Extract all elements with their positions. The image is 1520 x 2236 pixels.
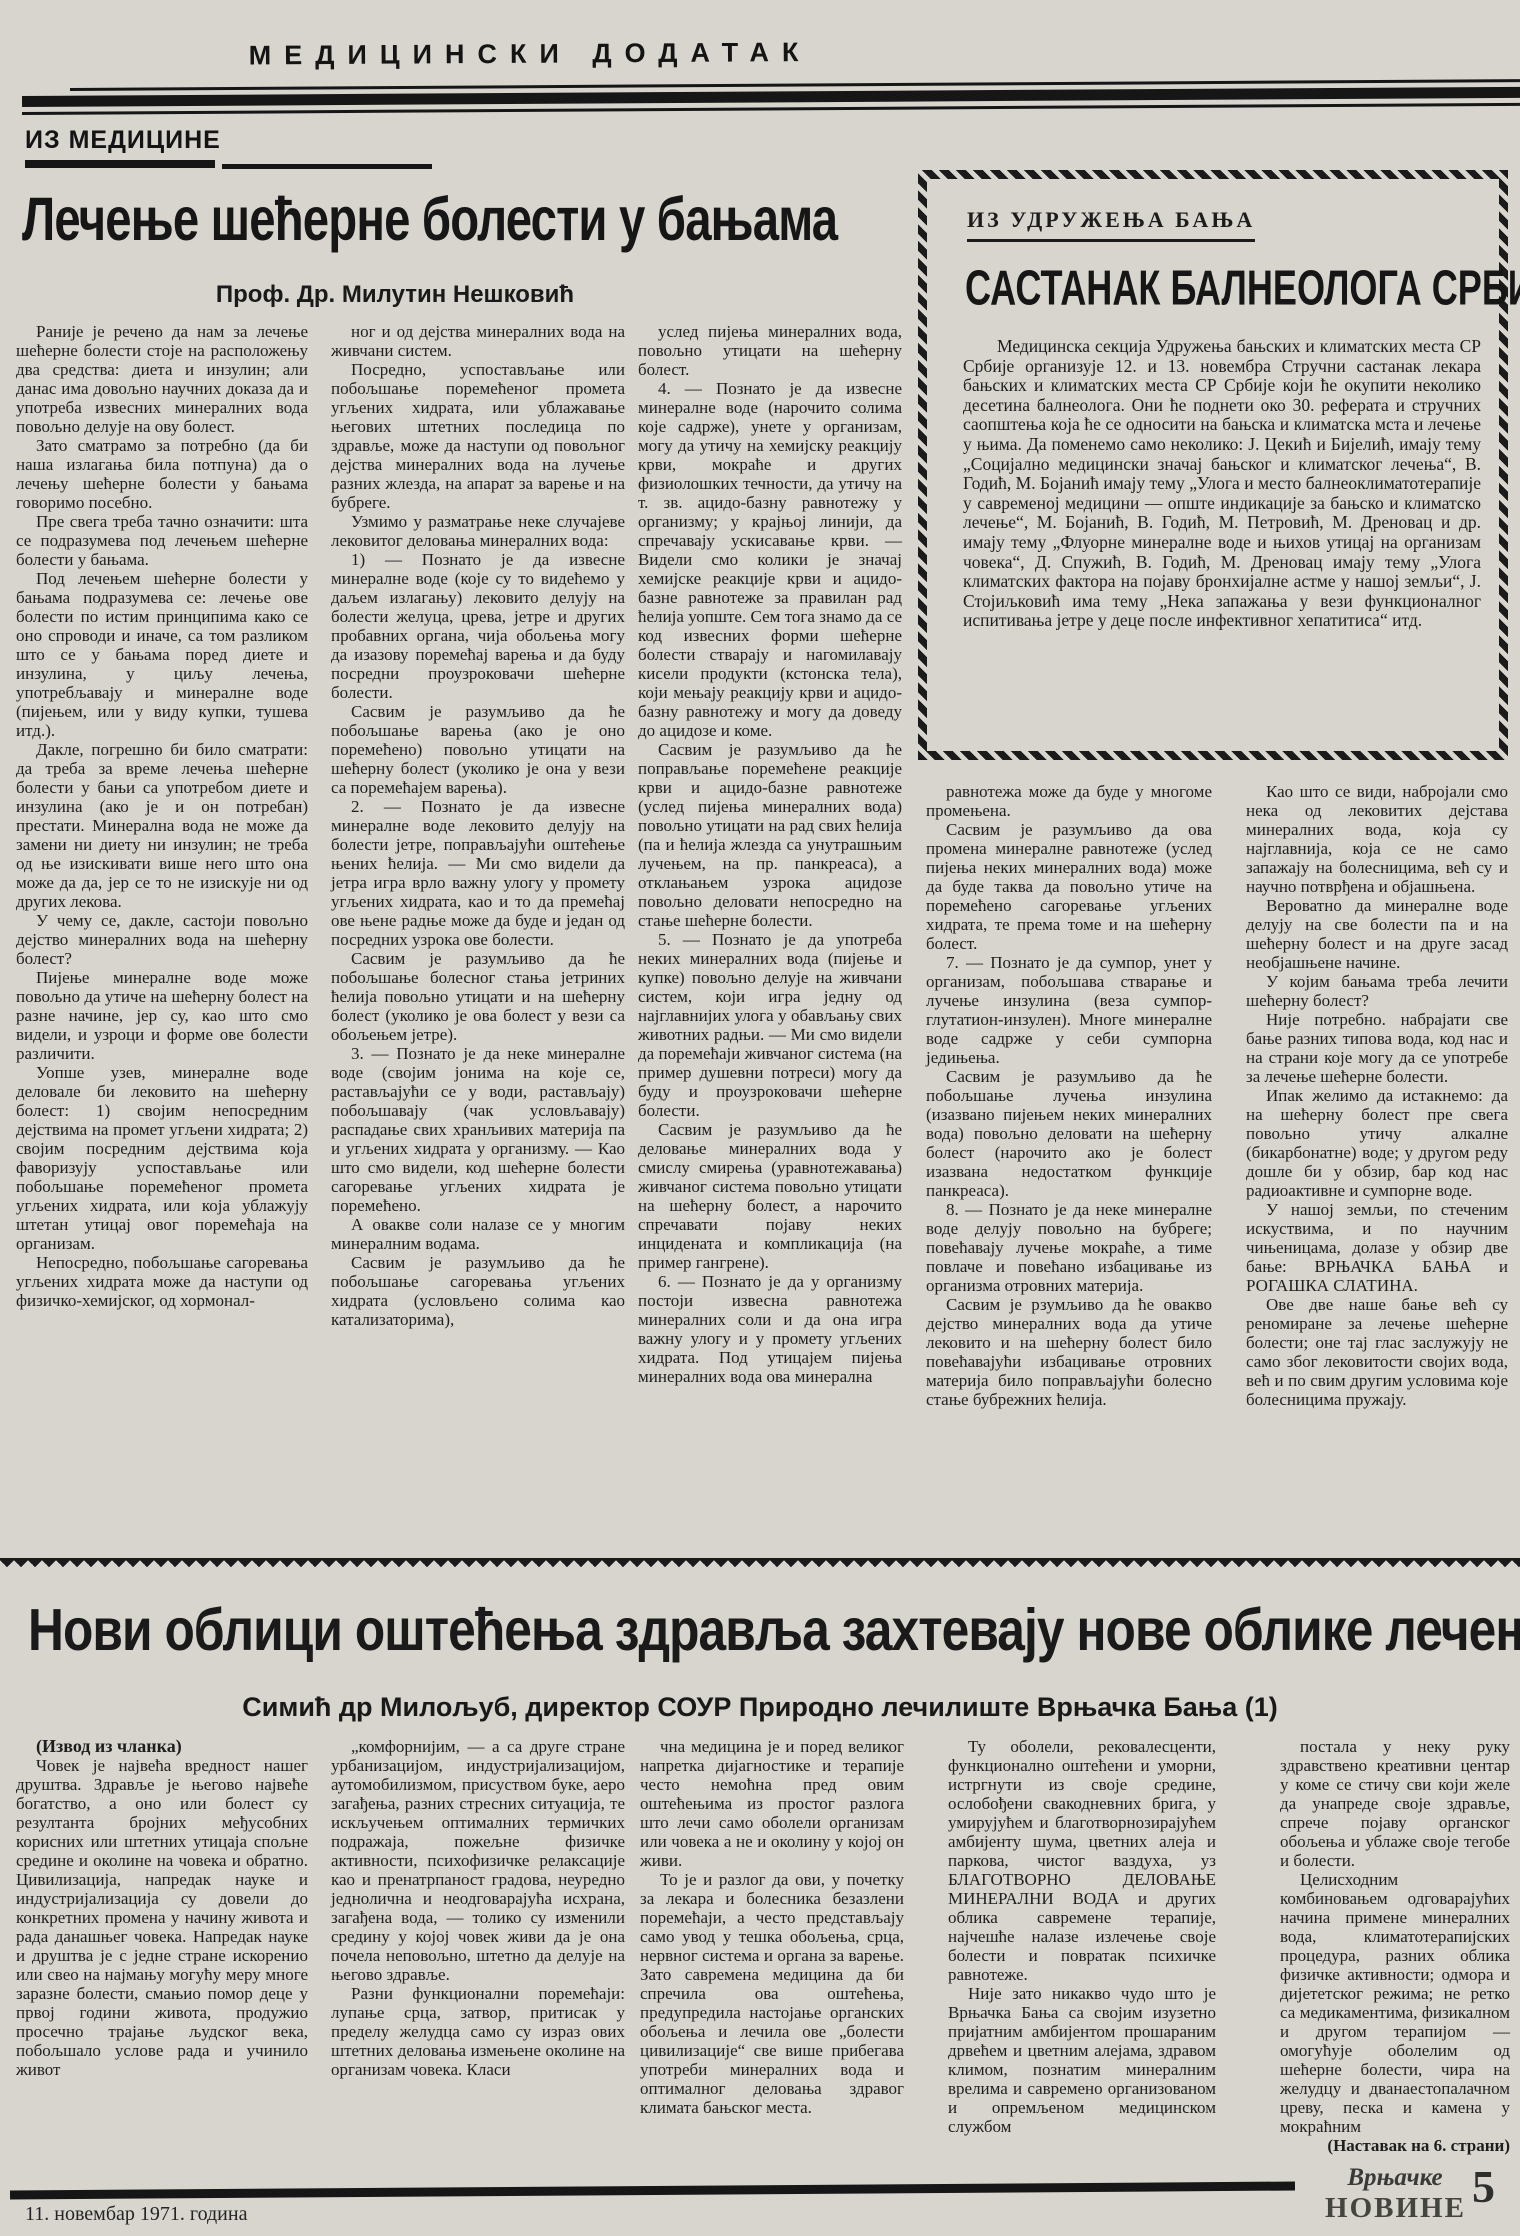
paragraph: Ипак желимо да истакнемо: да на шећерну …: [1246, 1086, 1508, 1200]
masthead-title: МЕДИЦИНСКИ ДОДАТАК: [0, 36, 1060, 73]
paragraph: Сасвим је разумљиво да ће побољшање боле…: [331, 949, 625, 1044]
paragraph: ног и од дејства минералних вода на живч…: [331, 322, 625, 360]
article1-kicker-underline: [25, 160, 215, 168]
paragraph: постала у неку руку здравствено креативн…: [1280, 1737, 1510, 1870]
paragraph: Није зато никакво чудо што је Врњачка Ба…: [948, 1984, 1216, 2136]
section-divider-zigzag: [0, 1558, 1520, 1569]
newspaper-page: МЕДИЦИНСКИ ДОДАТАК ИЗ МЕДИЦИНЕ Лечење ше…: [0, 0, 1520, 2236]
paragraph: Није потребно. набрајати све бање разних…: [1246, 1010, 1508, 1086]
paragraph: Дакле, погрешно би било сматрати: да тре…: [16, 740, 308, 911]
footer-paper-name-line2: НОВИНЕ: [1318, 2192, 1473, 2225]
paragraph: 5. — Познато је да употреба неких минера…: [638, 930, 902, 1120]
paragraph: Сасвим је разумљиво да ће побољшање саго…: [331, 1253, 625, 1329]
article2-column-5-text: постала у неку руку здравствено креативн…: [1280, 1737, 1510, 2136]
footer-date: 11. новембар 1971. година: [25, 2203, 247, 2226]
footer-page-number: 5: [1472, 2160, 1495, 2213]
paragraph: Сасвим је разумљиво да ће деловање минер…: [638, 1120, 902, 1272]
article2-column-1: (Извод из чланка) Човек је највећа вредн…: [16, 1737, 308, 2171]
paragraph: Као што се види, набројали смо нека од л…: [1246, 782, 1508, 896]
paragraph: услед пијења минералних вода, повољно ут…: [638, 322, 902, 379]
box-body-paragraph: Медицинска секција Удружења бањских и кл…: [963, 336, 1481, 630]
paragraph: Непосредно, побољшање сагоревања угљених…: [16, 1253, 308, 1310]
paragraph: Посредно, успостављање или побољшање пор…: [331, 360, 625, 512]
paragraph: А овакве соли налазе се у многим минерал…: [331, 1215, 625, 1253]
paragraph: Сасвим је разумљиво да ће побољшање варе…: [331, 702, 625, 797]
paragraph: Ту оболели, рековалесценти, функционално…: [948, 1737, 1216, 1984]
article1-kicker: ИЗ МЕДИЦИНЕ: [25, 126, 221, 155]
box-headline: САСТАНАК БАЛНЕОЛОГА СРБИЈЕ: [965, 261, 1408, 317]
box-kicker: ИЗ УДРУЖЕЊА БАЊА: [967, 207, 1255, 242]
paragraph: Ове две наше бање већ су реномиране за л…: [1246, 1295, 1508, 1409]
article2-lead-note: (Извод из чланка): [16, 1737, 308, 1756]
paragraph: 3. — Познато је да неке минералне воде (…: [331, 1044, 625, 1215]
paragraph: 8. — Познато је да неке минералне воде д…: [926, 1200, 1212, 1295]
paragraph: Разни функционални поремећаји: лупање ср…: [331, 1984, 625, 2079]
paragraph: „комфорнијим, — а са друге стране урбани…: [331, 1737, 625, 1984]
paragraph: 2. — Познато је да извесне минералне вод…: [331, 797, 625, 949]
paragraph: Зато сматрамо за потребно (да би наша из…: [16, 436, 308, 512]
paragraph: Вероватно да минералне воде делују на св…: [1246, 896, 1508, 972]
paragraph: чна медицина је и поред великог напретка…: [640, 1737, 904, 1870]
paragraph: Сасвим је разумљиво да ће побољшање луче…: [926, 1067, 1212, 1200]
article1-column-5: Као што се види, набројали смо нека од л…: [1246, 782, 1508, 1548]
article2-column-1-text: Човек је највећа вредност нашег друштва.…: [16, 1756, 308, 2079]
paragraph: То је и разлог да ови, у почетку за лека…: [640, 1870, 904, 2117]
article1-column-4: равнотежа може да буде у многоме промење…: [926, 782, 1212, 1548]
paragraph: Пре свега треба тачно означити: шта се п…: [16, 512, 308, 569]
balneologists-notice-box: ИЗ УДРУЖЕЊА БАЊА САСТАНАК БАЛНЕОЛОГА СРБ…: [918, 170, 1508, 760]
article2-headline: Нови облици оштећења здравља захтевају н…: [28, 1596, 1390, 1664]
article1-column-3: услед пијења минералних вода, повољно ут…: [638, 322, 902, 1548]
article2-continuation-note: (Наставак на 6. страни): [1280, 2136, 1510, 2155]
article2-column-3: чна медицина је и поред великог напретка…: [640, 1737, 904, 2171]
footer-rule: [10, 2182, 1295, 2200]
paragraph: Сасвим је разумљиво да ће поправљање пор…: [638, 740, 902, 930]
article1-headline: Лечење шећерне болести у бањама: [22, 184, 678, 255]
paragraph: Раније је речено да нам за лечење шећерн…: [16, 322, 308, 436]
footer-paper-name-line1: Врњачке: [1325, 2164, 1465, 2192]
paragraph: Пијење минералне воде може повољно да ут…: [16, 968, 308, 1063]
paragraph: У чему се, дакле, састоји повољно дејств…: [16, 911, 308, 968]
paragraph: Уопше узев, минералне воде деловале би л…: [16, 1063, 308, 1253]
paragraph: У нашој земљи, по стеченим искуствима, и…: [1246, 1200, 1508, 1295]
paragraph: Узмимо у разматрање неке случајеве леков…: [331, 512, 625, 550]
paragraph: равнотежа може да буде у многоме промење…: [926, 782, 1212, 820]
article1-column-1: Раније је речено да нам за лечење шећерн…: [16, 322, 308, 1548]
article1-byline: Проф. Др. Милутин Нешковић: [20, 281, 770, 309]
article2-column-4: Ту оболели, рековалесценти, функционално…: [948, 1737, 1216, 2171]
article2-column-2: „комфорнијим, — а са друге стране урбани…: [331, 1737, 625, 2171]
article2-byline: Симић др Милољуб, директор СОУР Природно…: [0, 1692, 1520, 1723]
paragraph: 1) — Познато је да извесне минералне вод…: [331, 550, 625, 702]
paragraph: 6. — Познато је да у организму постоји и…: [638, 1272, 902, 1386]
paragraph: 4. — Познато је да извесне минералне вод…: [638, 379, 902, 740]
paragraph: Под лечењем шећерне болести у бањама под…: [16, 569, 308, 740]
paragraph: Сасвим је рзумљиво да ће овакво дејство …: [926, 1295, 1212, 1409]
paragraph: Човек је највећа вредност нашег друштва.…: [16, 1756, 308, 2079]
paragraph: У којим бањама треба лечити шећерну боле…: [1246, 972, 1508, 1010]
paragraph: Целисходним комбиновањем одговарајућих н…: [1280, 1870, 1510, 2136]
article1-kicker-underline-2: [222, 164, 432, 169]
article1-column-2: ног и од дејства минералних вода на живч…: [331, 322, 625, 1548]
paragraph: 7. — Познато је да сумпор, унет у органи…: [926, 953, 1212, 1067]
paragraph: Сасвим је разумљиво да ова промена минер…: [926, 820, 1212, 953]
box-body-text: Медицинска секција Удружења бањских и кл…: [963, 337, 1481, 631]
article2-column-5: постала у неку руку здравствено креативн…: [1280, 1737, 1510, 2171]
